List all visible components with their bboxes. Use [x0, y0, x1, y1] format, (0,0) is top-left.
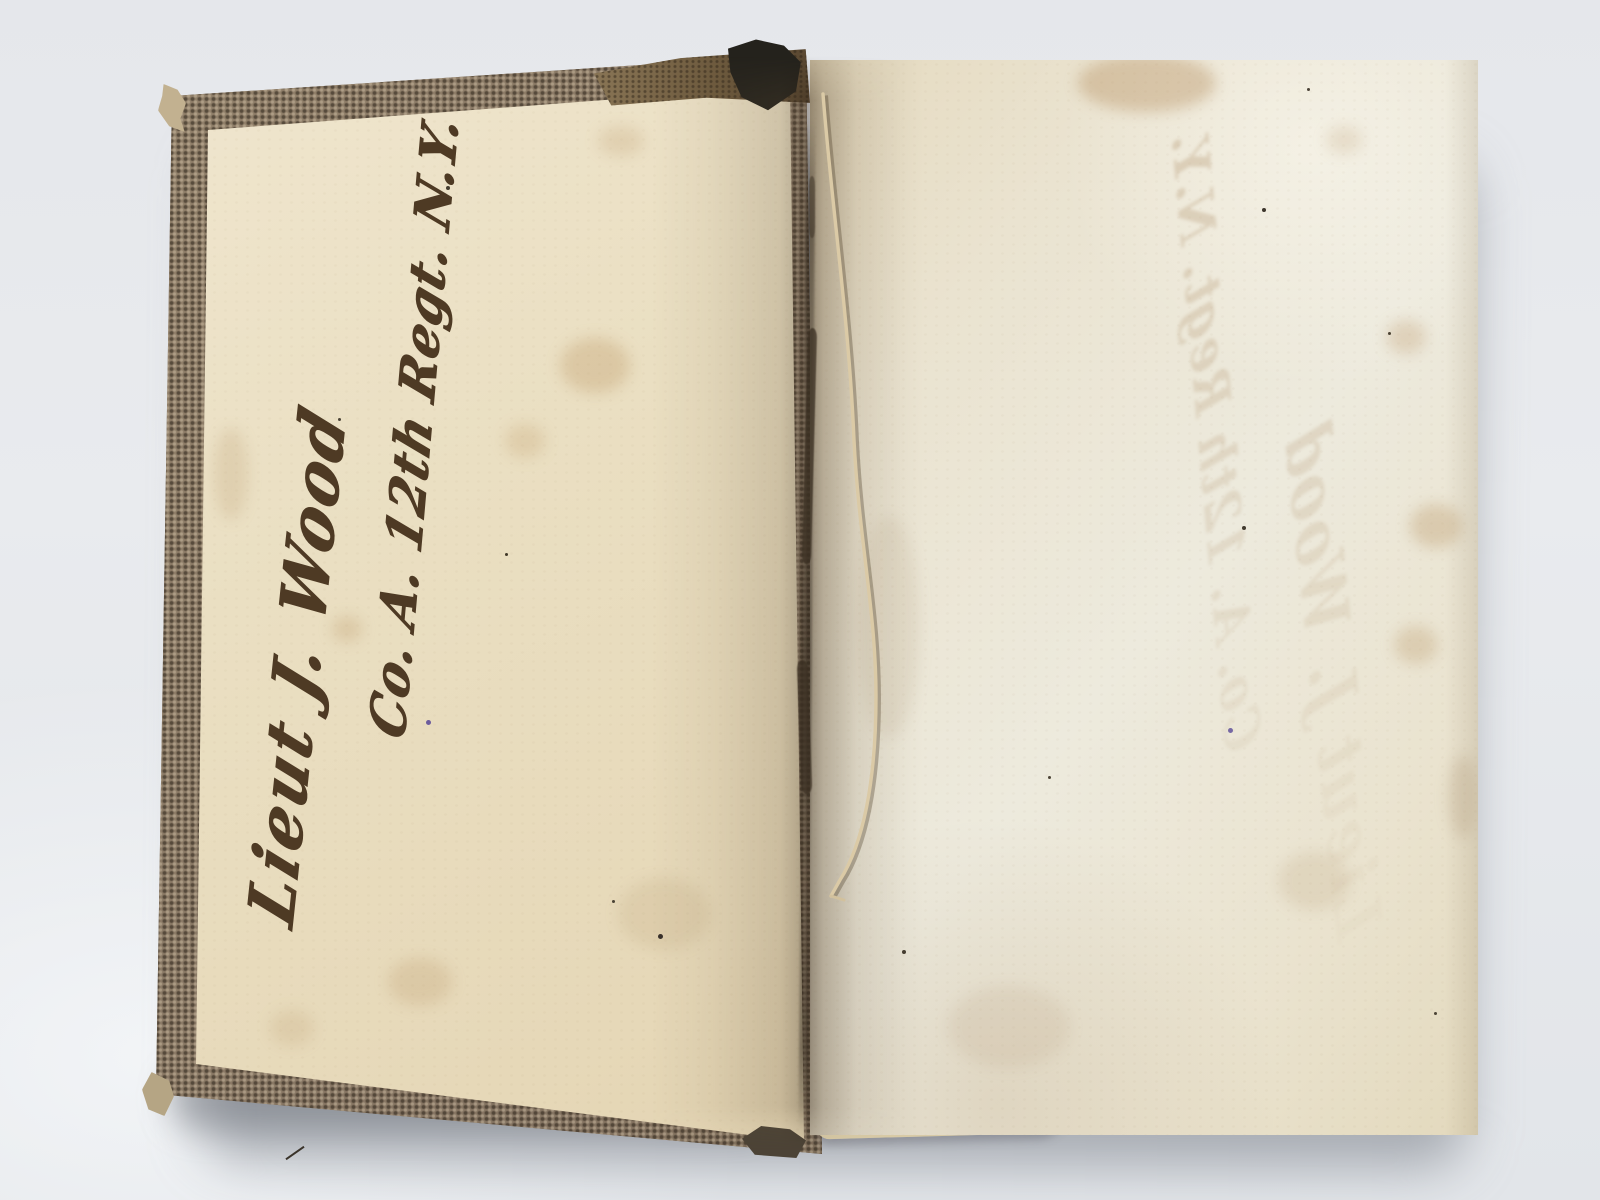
string-end	[831, 896, 844, 900]
string-strand	[823, 94, 876, 896]
photo-scene: Lieut J. Wood Co. A. 12th Regt. N.Y. Lie…	[0, 0, 1600, 1200]
binding-string	[0, 0, 1600, 1200]
